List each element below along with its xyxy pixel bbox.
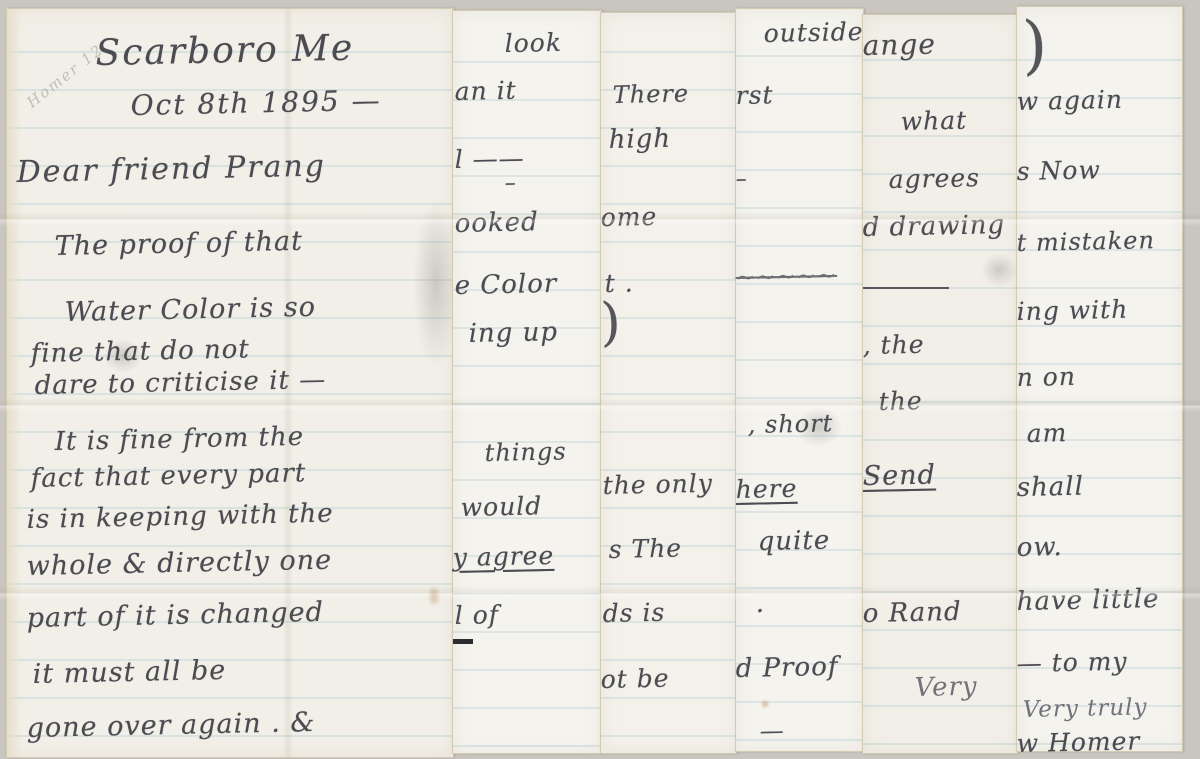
ink-dash-mark — [453, 639, 473, 644]
letter-line: The proof of that — [54, 226, 303, 262]
letter-page-1: Homer 12 Scarboro Me Oct 8th 1895 — Dear… — [6, 8, 454, 758]
letter-fragment: ome — [600, 202, 657, 232]
letter-line: is in keeping with the — [26, 499, 334, 535]
letter-fragment: would — [460, 491, 542, 522]
letter-fragment: shall — [1016, 472, 1084, 503]
letter-fragment: outside — [763, 17, 863, 48]
letter-fragment: an it — [454, 76, 517, 106]
letter-fragment: agrees — [888, 163, 980, 194]
letter-fragment: the only — [602, 469, 713, 500]
letter-fragment: n on — [1016, 362, 1076, 392]
letter-fragment: l of — [454, 600, 499, 630]
letter-line: it must all be — [32, 655, 226, 690]
letter-fragment: d Proof — [735, 652, 838, 684]
letter-fragment: — to my — [1016, 647, 1127, 678]
letter-fragment: d drawing — [862, 210, 1005, 243]
letter-fragment: e Color — [454, 269, 557, 301]
letter-line: Scarboro Me — [95, 28, 355, 74]
letter-fragment: o Rand — [862, 597, 962, 629]
letter-fragment: – — [735, 167, 748, 192]
letter-fragment: ing with — [1016, 295, 1128, 326]
letter-fragment: ing up — [468, 317, 558, 349]
letter-fragment: ange — [862, 27, 936, 62]
letter-fragment: rst — [735, 80, 773, 110]
letter-fold-strip-6: ) w again s Now t mistaken ing with n on… — [1016, 6, 1183, 752]
letter-fragment: what — [900, 106, 967, 136]
signature-fragment: w Homer — [1016, 726, 1140, 758]
letter-fragment: ds is — [602, 598, 665, 628]
letter-line: whole & directly one — [26, 545, 332, 582]
letter-fold-strip-4: outside rst – ~~~~~ , short here quite .… — [735, 8, 864, 752]
letter-fragment: , short — [747, 409, 833, 439]
letter-fragment: look — [504, 28, 562, 58]
letter-fold-strip-5: ange what agrees d drawing , the the Sen… — [862, 14, 1018, 754]
letter-line: fact that every part — [30, 458, 306, 494]
letter-fragment: w again — [1016, 85, 1123, 116]
letter-fragment: – — [504, 171, 517, 196]
letter-fragment: s Now — [1016, 155, 1101, 186]
letter-line: part of it is changed — [26, 597, 324, 634]
smudge-stain — [981, 253, 1017, 287]
letter-fold-strip-2: look an it l —— – ooked e Color ing up t… — [452, 10, 602, 754]
letter-fragment: have little — [1016, 584, 1159, 617]
foxing-spot — [760, 699, 770, 709]
letter-line: dare to criticise it — — [34, 365, 326, 401]
letter-fragment: , the — [862, 330, 924, 360]
ink-rule-line — [863, 287, 949, 289]
flourish-stroke: ) — [1021, 8, 1049, 83]
closing-line: Very truly — [1022, 694, 1147, 723]
letter-line: It is fine from the — [54, 422, 304, 457]
letter-fragment: . — [755, 589, 765, 619]
letter-line: fine that do not — [30, 334, 250, 369]
letter-fragment: ot be — [600, 664, 669, 694]
letter-line: gone over again . & — [26, 707, 315, 744]
letter-line: Oct 8th 1895 — — [130, 84, 382, 122]
letter-line: Water Color is so — [64, 292, 316, 328]
letter-fragment: quite — [757, 525, 830, 557]
letter-fragment: am — [1026, 418, 1067, 448]
letter-fragment: There — [612, 79, 689, 109]
letter-fragment: high — [608, 124, 671, 155]
flourish-stroke: ) — [600, 293, 623, 353]
letter-fragment: — — [759, 716, 785, 745]
letter-fragment: s The — [608, 533, 682, 564]
pencil-inscription: Homer 12 — [23, 41, 107, 112]
letter-fragment-underlined: Send — [862, 459, 936, 492]
letter-scan: Homer 12 Scarboro Me Oct 8th 1895 — Dear… — [0, 0, 1200, 759]
letter-fragment: Very — [914, 672, 978, 703]
letter-fragment-underlined: y agree — [452, 541, 554, 572]
letter-fold-strip-3: There high ome t . ) the only s The ds i… — [600, 12, 737, 754]
letter-fragment-underlined: here — [735, 474, 797, 504]
letter-fragment: things — [484, 437, 566, 467]
letter-fragment: t mistaken — [1016, 226, 1155, 257]
letter-fragment: the — [878, 386, 923, 416]
letter-fragment: l —— — [454, 144, 525, 174]
letter-fragment: ow. — [1016, 532, 1063, 563]
sheet-edge — [7, 9, 21, 757]
letter-fragment: ooked — [454, 207, 539, 239]
crossed-out-word: ~~~~~ — [735, 263, 837, 291]
foxing-spot — [427, 585, 441, 607]
letter-line: Dear friend Prang — [16, 149, 326, 190]
